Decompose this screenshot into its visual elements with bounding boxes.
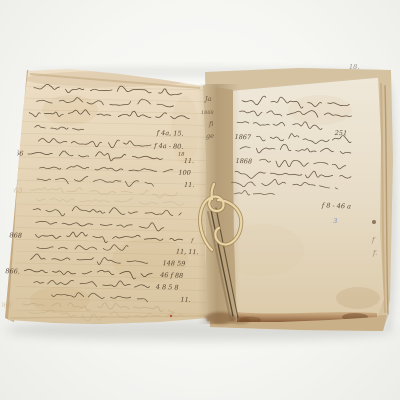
edge-mark: 18. <box>349 63 359 71</box>
amount-value: 100 <box>178 169 191 177</box>
margin-year: 1866 <box>7 149 24 158</box>
manuscript-scene: 1866186318681866.1865f 4a, 15.f 4a - 80.… <box>0 0 400 400</box>
margin-year: 1863 <box>6 186 23 195</box>
strip-fragment: fi <box>208 120 213 128</box>
blue-pencil-mark: 3 <box>333 217 337 225</box>
margin-year: 1865 <box>0 301 12 310</box>
strip-fragment: 1868 <box>201 110 214 116</box>
entry-value: 251 <box>334 129 348 138</box>
entry-value: 1868 <box>235 157 252 166</box>
amount-value: f 4a, 15. <box>156 129 184 138</box>
amount-value: 11, 11. <box>176 248 199 257</box>
amount-value: f 4a - 80. <box>153 142 183 151</box>
edge-mark: f. <box>372 249 377 257</box>
margin-year: 1868 <box>5 231 22 240</box>
entry-value: f 8 - 46 a <box>321 201 352 210</box>
photo-of-open-manuscript: 1866186318681866.1865f 4a, 15.f 4a - 80.… <box>0 0 400 400</box>
amount-value: 148 59 <box>162 259 185 268</box>
amount-value: 11. <box>184 181 195 189</box>
amount-value: 46 f 88 <box>159 271 183 280</box>
amount-value: 4 8 5 8 <box>155 283 179 292</box>
strip-fragment: Ja <box>203 95 212 103</box>
amount-value: 11. <box>184 157 195 165</box>
margin-year: 1866. <box>1 267 20 276</box>
entry-value: 1867 <box>234 133 252 142</box>
strip-fragment: ge <box>206 132 214 140</box>
amount-value: 11. <box>180 296 191 304</box>
